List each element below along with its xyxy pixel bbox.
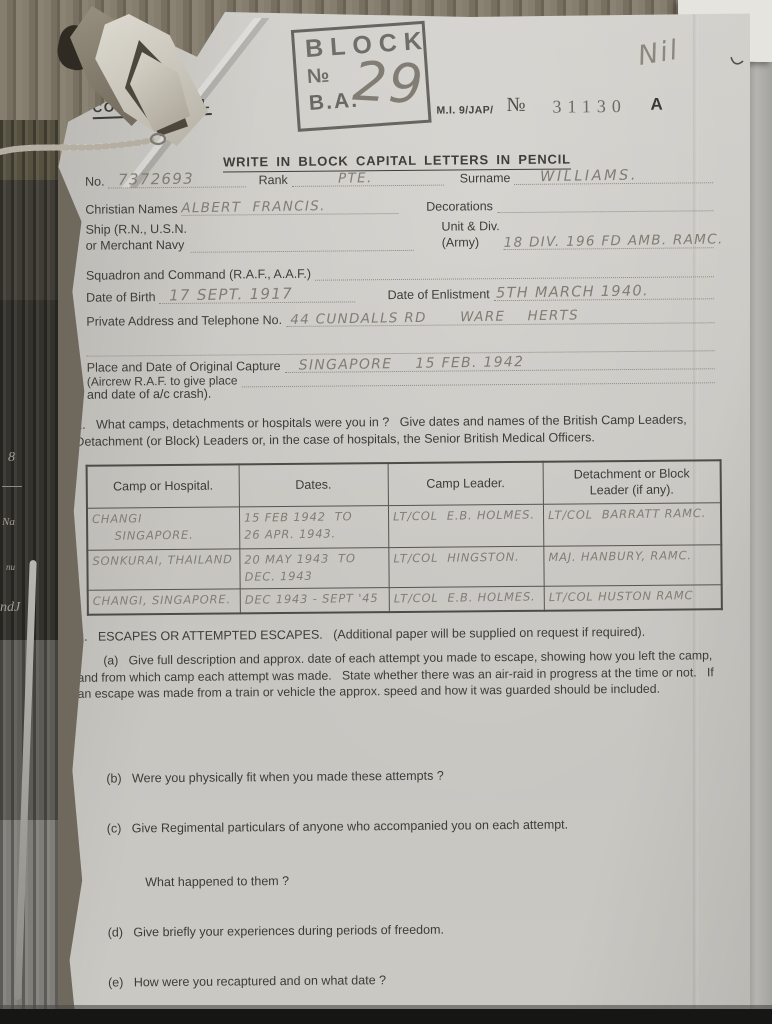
col-header-block-leader: Detachment or Block Leader (if any). — [543, 460, 721, 504]
table-row: SONKURAI, THAILAND 20 MAY 1943 TO DEC. 1… — [87, 545, 721, 591]
capture-continuation-line — [241, 367, 714, 387]
leader-cell: LT/COL E.B. HOLMES. — [393, 507, 540, 526]
dob-value: 17 SEPT. 1917 — [169, 284, 293, 304]
address-label: Private Address and Telephone No. — [86, 313, 286, 329]
squadron-input-line — [315, 261, 714, 280]
block-leader-cell: MAJ. HANBURY, RAMC. — [548, 547, 716, 566]
squadron-label: Squadron and Command (R.A.F., A.A.F.) — [86, 267, 315, 283]
handwritten-nil-note: Nil — [636, 35, 682, 72]
rank-label: Rank — [249, 173, 292, 187]
field-row: Date of Birth 17 SEPT. 1917 Date of Enli… — [86, 283, 716, 304]
address-input-line: 44 CUNDALLS RD WARE HERTS — [286, 307, 714, 327]
no-value: 7372693 — [118, 170, 194, 189]
question-2d: (d) Give briefly your experiences during… — [108, 922, 444, 942]
surname-value: WILLIAMS. — [540, 168, 638, 186]
handwritten-block-number: 29 — [351, 55, 425, 113]
leader-cell: LT/COL E.B. HOLMES. — [393, 589, 540, 608]
surname-input-line: WILLIAMS. — [514, 167, 713, 185]
margin-fragment: Na — [2, 516, 15, 528]
field-row: Squadron and Command (R.A.F., A.A.F.) — [86, 261, 716, 282]
question-1: 1. What camps, detachments or hospitals … — [75, 411, 725, 450]
col-header-camp: Camp or Hospital. — [87, 464, 240, 508]
rank-input-line: PTE. — [292, 170, 444, 187]
dates-cell: 20 MAY 1943 TO DEC. 1943 — [244, 550, 384, 585]
enlistment-value: 5TH MARCH 1940. — [496, 283, 649, 301]
unit-value: 18 DIV. 196 FD AMB. RAMC. — [504, 232, 724, 251]
block-leader-cell: LT/COL HUSTON RAMC — [549, 587, 717, 606]
serial-no-label: № — [506, 94, 525, 117]
christian-names-value: ALBERT FRANCIS. — [182, 198, 327, 216]
surname-label: Surname — [446, 171, 515, 186]
ship-input-line — [191, 235, 414, 253]
unit-label: Unit & Div. (Army) — [441, 219, 503, 251]
question-2b: (b) Were you physically fit when you mad… — [106, 768, 444, 788]
dob-input-line: 17 SEPT. 1917 — [160, 286, 356, 304]
dates-cell: 15 FEB 1942 TO 26 APR. 1943. — [244, 508, 384, 543]
field-row: Ship (R.N., U.S.N. or Merchant Navy Unit… — [85, 217, 715, 254]
unit-field-group: Unit & Div. (Army) 18 DIV. 196 FD AMB. R… — [415, 217, 715, 251]
block-leader-cell: LT/COL BARRATT RAMC. — [548, 505, 716, 524]
decorations-label: Decorations — [400, 199, 497, 214]
margin-fragment-rule — [2, 486, 22, 487]
camps-table: Camp or Hospital. Dates. Camp Leader. De… — [86, 459, 723, 615]
question-2c-followup: What happened to them ? — [145, 873, 289, 891]
margin-fragment: ndJ — [0, 600, 20, 616]
scan-bottom-edge — [0, 1009, 772, 1024]
camps-table-header-row: Camp or Hospital. Dates. Camp Leader. De… — [87, 460, 721, 508]
question-2c: (c) Give Regimental particulars of anyon… — [107, 817, 568, 838]
col-header-leader: Camp Leader. — [388, 462, 544, 506]
rank-value: PTE. — [338, 170, 373, 187]
table-row: CHANGI SINGAPORE. 15 FEB 1942 TO 26 APR.… — [87, 503, 721, 551]
address-value: 44 CUNDALLS RD WARE HERTS — [290, 307, 579, 328]
serial-number: 31130 — [552, 96, 627, 118]
ship-field-group: Ship (R.N., U.S.N. or Merchant Navy — [85, 220, 415, 254]
capture-note-line2: and date of a/c crash). — [87, 386, 212, 404]
dates-cell: DEC 1943 - SEPT '45 — [244, 590, 384, 609]
leader-cell: LT/COL HINGSTON. — [393, 549, 540, 568]
binding-string — [0, 122, 190, 172]
ship-label: Ship (R.N., U.S.N. or Merchant Navy — [85, 222, 191, 254]
question-2-heading: 2. ESCAPES OR ATTEMPTED ESCAPES. (Additi… — [77, 623, 729, 646]
block-number-stamp: BLOCK № B.A. 29 — [291, 21, 432, 132]
no-input-line: 7372693 — [108, 171, 246, 188]
col-header-dates: Dates. — [239, 463, 388, 507]
unit-input-line: 18 DIV. 196 FD AMB. RAMC. — [504, 233, 714, 251]
camp-cell: SONKURAI, THAILAND — [92, 551, 235, 570]
christian-names-input-line: ALBERT FRANCIS. — [182, 198, 399, 216]
no-label: No. — [85, 175, 109, 189]
enlistment-label: Date of Enlistment — [358, 287, 494, 302]
table-row: CHANGI, SINGAPORE. DEC 1943 - SEPT '45 L… — [88, 585, 722, 615]
field-row: Private Address and Telephone No. 44 CUN… — [86, 307, 716, 328]
margin-fragment: nu — [6, 562, 15, 572]
mi9-department-label: M.I. 9/JAP/ — [436, 104, 493, 116]
question-2e: (e) How were you recaptured and on what … — [108, 972, 386, 991]
camp-cell: CHANGI SINGAPORE. — [92, 509, 235, 544]
question-2a: (a) Give full description and approx. da… — [77, 647, 729, 702]
series-letter: A — [650, 95, 662, 115]
christian-names-label: Christian Names — [85, 202, 182, 217]
enlistment-input-line: 5TH MARCH 1940. — [494, 283, 715, 301]
field-row: Christian Names ALBERT FRANCIS. Decorati… — [85, 195, 715, 216]
decorations-input-line — [497, 195, 714, 213]
pen-mark — [730, 55, 744, 73]
margin-fragment: 8 — [8, 450, 15, 466]
dob-label: Date of Birth — [86, 290, 160, 305]
camp-cell: CHANGI, SINGAPORE. — [93, 591, 236, 610]
